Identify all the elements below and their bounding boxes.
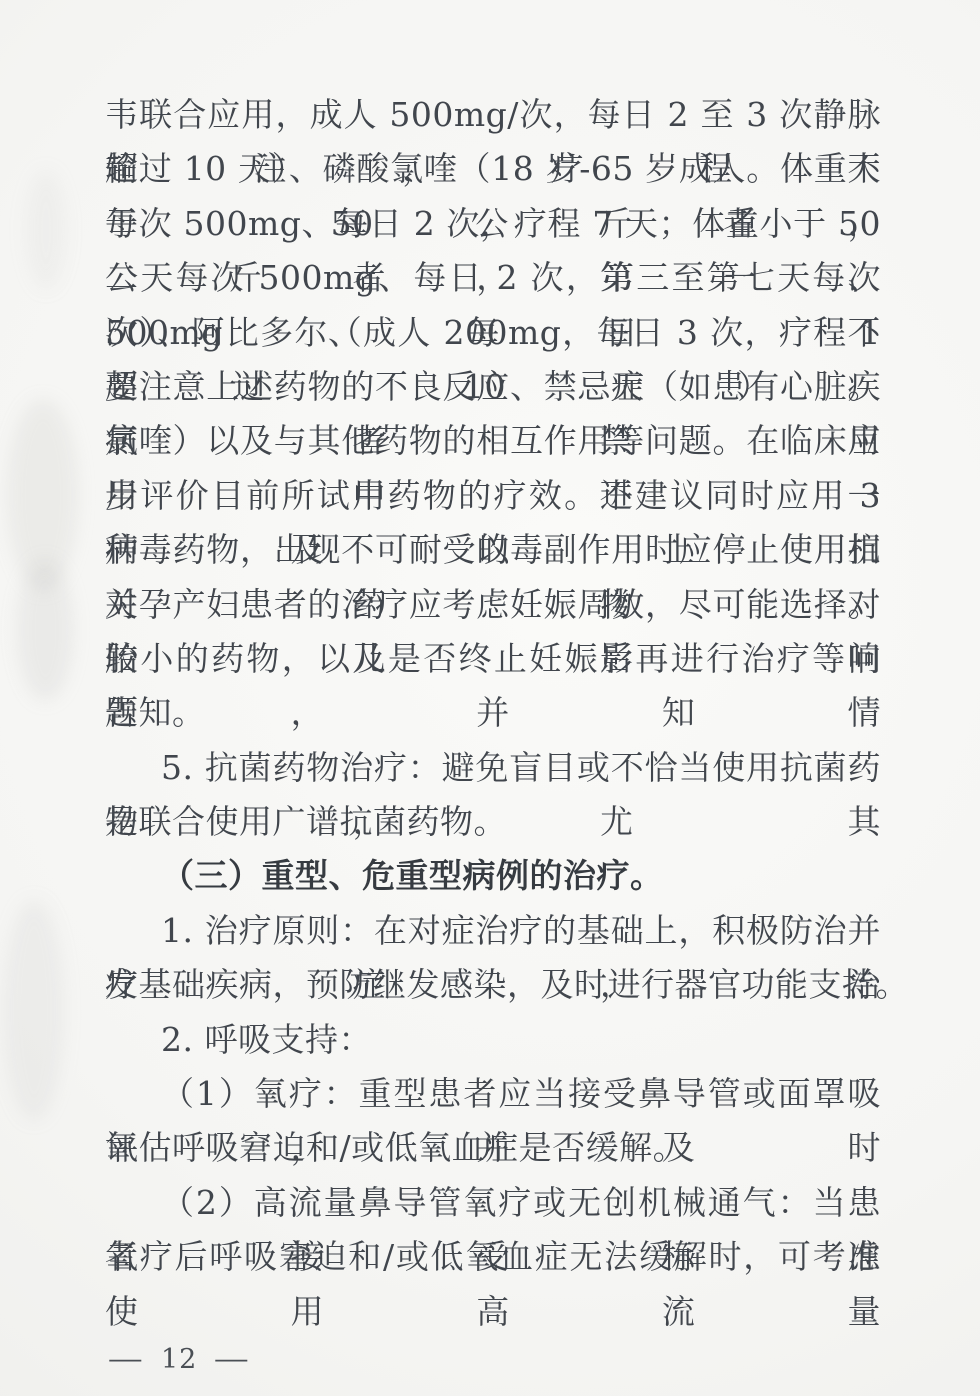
scan-smudge — [4, 900, 64, 1120]
text-line: 步评价目前所试用药物的疗效。不建议同时应用 3 种及以上抗 — [105, 469, 881, 523]
text-line: 氧疗后呼吸窘迫和/或低氧血症无法缓解时，可考虑使用高流量 — [105, 1230, 881, 1284]
text-line: 二天每次 500mg、每日 2 次，第三至第七天每次 500mg、每日 1 — [105, 251, 881, 305]
text-line: 次）、阿比多尔（成人 200mg，每日 3 次，疗程不超过 10 天）。 — [105, 306, 881, 360]
page-number: 12 — [161, 1344, 197, 1375]
text-line: （三）重型、危重型病例的治疗。 — [105, 849, 881, 903]
text-line: 1. 治疗原则：在对症治疗的基础上，积极防治并发症，治 — [105, 904, 881, 958]
text-line: 5. 抗菌药物治疗：避免盲目或不恰当使用抗菌药物，尤其 — [105, 741, 881, 795]
scan-smudge — [8, 400, 78, 590]
scan-smudge — [18, 560, 73, 700]
text-line: 病毒药物，出现不可耐受的毒副作用时应停止使用相关药物。 — [105, 523, 881, 577]
footer-dash-left: — — [108, 1344, 144, 1375]
page-footer: — 12 — — [112, 1344, 246, 1375]
text-line: （2）高流量鼻导管氧疗或无创机械通气：当患者接受标准 — [105, 1176, 881, 1230]
footer-dash-right: — — [214, 1344, 250, 1375]
text-line: 超过 10 天）、磷酸氯喹（18 岁-65 岁成人。体重大于 50 公斤者， — [105, 142, 881, 196]
text-line: 对孕产妇患者的治疗应考虑妊娠周数，尽可能选择对胎儿影响 — [105, 578, 881, 632]
text-line: 疗基础疾病，预防继发感染，及时进行器官功能支持。 — [105, 958, 881, 1012]
text-line: 要注意上述药物的不良反应、禁忌症（如患有心脏疾病者禁用 — [105, 360, 881, 414]
text-line: 氯喹）以及与其他药物的相互作用等问题。在临床应用中进一 — [105, 414, 881, 468]
text-line: 韦联合应用，成人 500mg/次，每日 2 至 3 次静脉输注，疗程不 — [105, 88, 881, 142]
text-line: 较小的药物，以及是否终止妊娠后再进行治疗等问题，并知情 — [105, 632, 881, 686]
document-body: 韦联合应用，成人 500mg/次，每日 2 至 3 次静脉输注，疗程不超过 10… — [105, 88, 881, 1285]
scanned-document-page: 韦联合应用，成人 500mg/次，每日 2 至 3 次静脉输注，疗程不超过 10… — [0, 0, 980, 1396]
scan-smudge — [26, 170, 66, 290]
text-line: 2. 呼吸支持： — [105, 1013, 881, 1067]
text-line: （1）氧疗：重型患者应当接受鼻导管或面罩吸氧，并及时 — [105, 1067, 881, 1121]
text-line: 每次 500mg、每日 2 次，疗程 7 天；体重小于 50 公斤者，第一、 — [105, 197, 881, 251]
